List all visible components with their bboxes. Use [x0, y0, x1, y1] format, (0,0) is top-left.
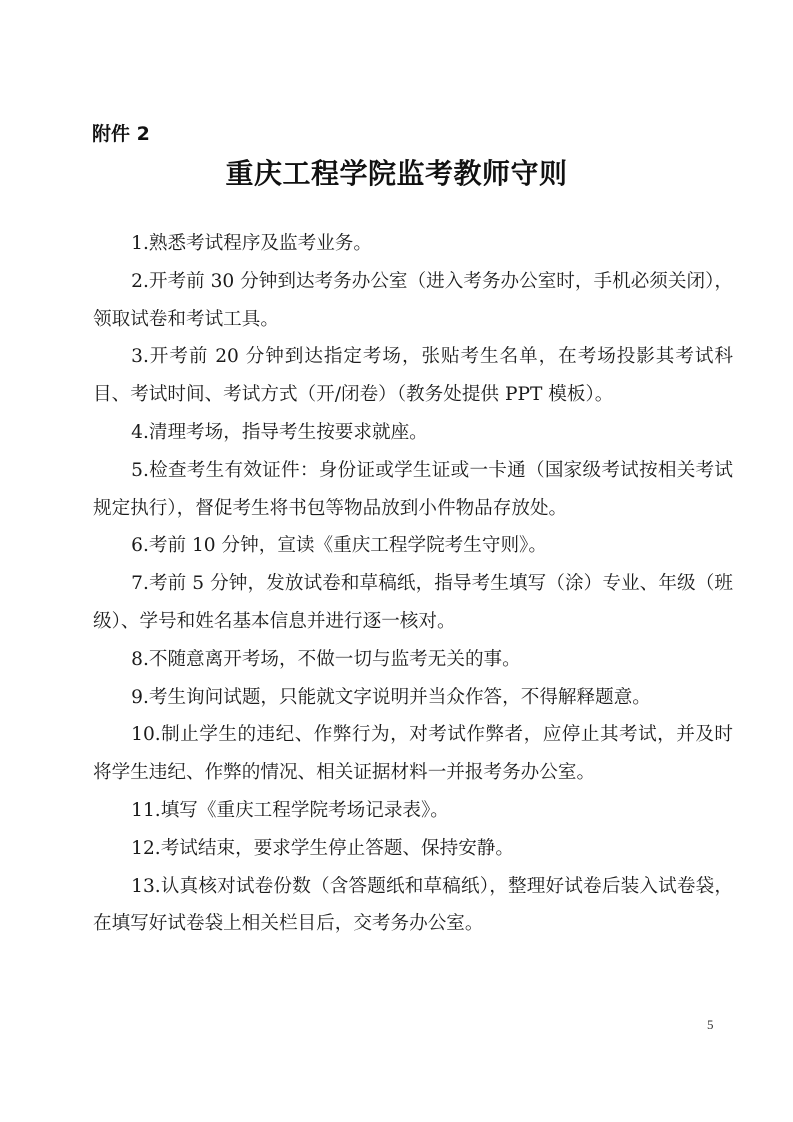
rule-item-1: 1.熟悉考试程序及监考业务。: [93, 225, 733, 263]
rule-item-9: 9.考生询问试题，只能就文字说明并当众作答，不得解释题意。: [93, 679, 733, 717]
rule-item-5: 5.检查考生有效证件：身份证或学生证或一卡通（国家级考试按相关考试规定执行），督…: [93, 452, 733, 528]
rule-item-11: 11.填写《重庆工程学院考场记录表》。: [93, 792, 733, 830]
attachment-label: 附件 2: [92, 122, 150, 146]
rule-item-6: 6.考前 10 分钟，宣读《重庆工程学院考生守则》。: [93, 527, 733, 565]
rule-item-12: 12.考试结束，要求学生停止答题、保持安静。: [93, 830, 733, 868]
rule-item-10: 10.制止学生的违纪、作弊行为，对考试作弊者，应停止其考试，并及时将学生违纪、作…: [93, 716, 733, 792]
rule-item-3: 3.开考前 20 分钟到达指定考场，张贴考生名单，在考场投影其考试科目、考试时间…: [93, 338, 733, 414]
rule-item-4: 4.清理考场，指导考生按要求就座。: [93, 414, 733, 452]
rules-list: 1.熟悉考试程序及监考业务。 2.开考前 30 分钟到达考务办公室（进入考务办公…: [93, 225, 733, 943]
document-title: 重庆工程学院监考教师守则: [0, 154, 793, 194]
rule-item-13: 13.认真核对试卷份数（含答题纸和草稿纸），整理好试卷后装入试卷袋，在填写好试卷…: [93, 868, 733, 944]
rule-item-8: 8.不随意离开考场，不做一切与监考无关的事。: [93, 641, 733, 679]
rule-item-2: 2.开考前 30 分钟到达考务办公室（进入考务办公室时，手机必须关闭），领取试卷…: [93, 263, 733, 339]
rule-item-7: 7.考前 5 分钟，发放试卷和草稿纸，指导考生填写（涂）专业、年级（班级）、学号…: [93, 565, 733, 641]
document-page: 附件 2 重庆工程学院监考教师守则 1.熟悉考试程序及监考业务。 2.开考前 3…: [0, 0, 793, 1122]
page-number: 5: [707, 1017, 714, 1033]
